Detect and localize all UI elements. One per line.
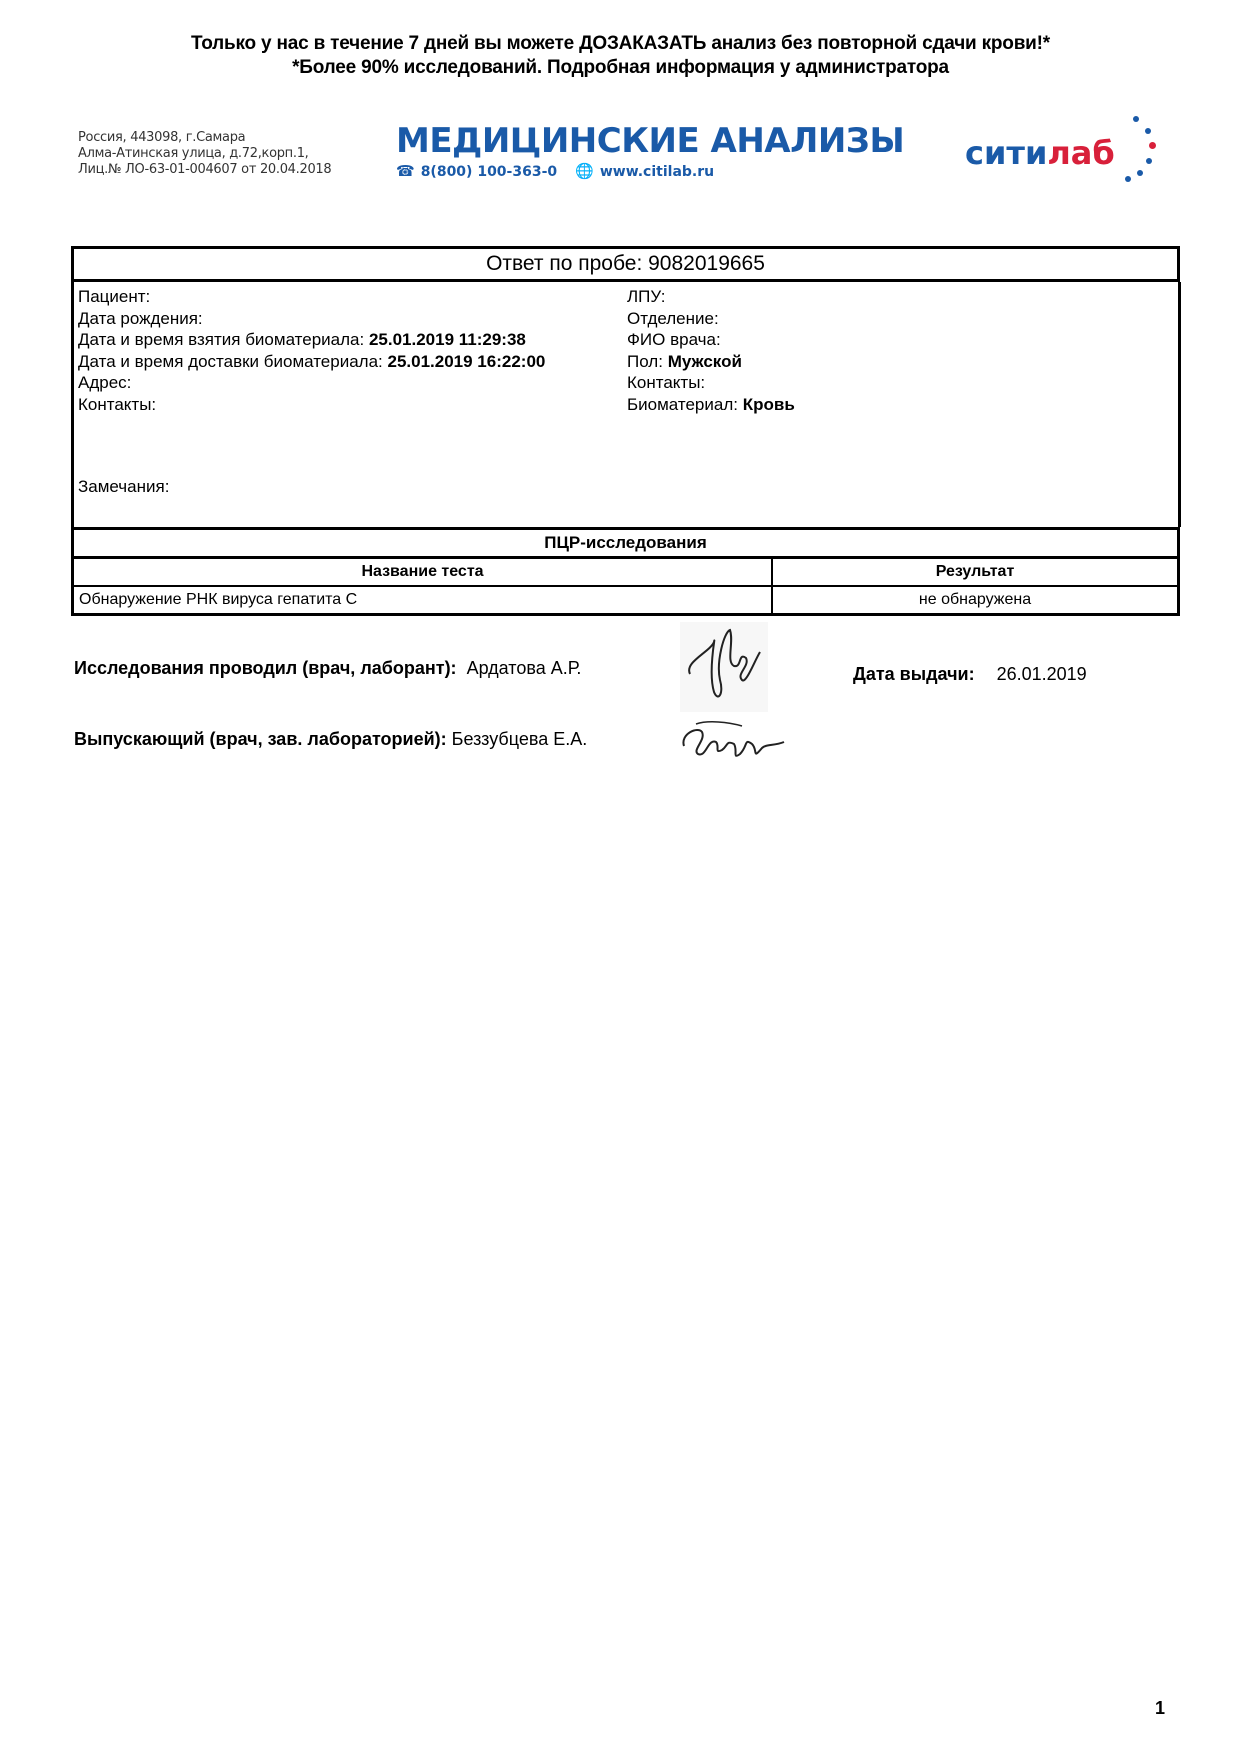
phone-icon: ☎ [396,162,415,180]
lpu-field: ЛПУ: [627,286,795,308]
logo-part-2: лаб [1047,134,1114,172]
brand-title: МЕДИЦИНСКИЕ АНАЛИЗЫ [396,122,904,160]
doctor-contacts-field: Контакты: [627,372,795,394]
delivered-value: 25.01.2019 16:22:00 [388,352,546,371]
performed-name: Ардатова А.Р. [467,658,582,678]
table-cell-result: не обнаружена [773,587,1177,613]
address-line: Россия, 443098, г.Самара [78,130,331,146]
report-title: Ответ по пробе: 9082019665 [71,246,1180,282]
phone-number: 8(800) 100-363-0 [421,164,557,180]
section-title: ПЦР-исследования [74,530,1177,559]
brand-header: МЕДИЦИНСКИЕ АНАЛИЗЫ ☎8(800) 100-363-0 🌐w… [396,122,904,180]
pcr-section: ПЦР-исследования Название теста Результа… [71,527,1180,616]
brand-contacts: ☎8(800) 100-363-0 🌐www.citilab.ru [396,162,904,180]
issue-date: Дата выдачи:26.01.2019 [853,664,1087,685]
collected-value: 25.01.2019 11:29:38 [369,330,526,349]
sex-value: Мужской [668,352,742,371]
promo-banner: Только у нас в течение 7 дней вы можете … [0,32,1241,80]
dob-field: Дата рождения: [78,308,545,330]
promo-line-1: Только у нас в течение 7 дней вы можете … [0,32,1241,56]
signature-icon [680,622,768,712]
results-table: Название теста Результат Обнаружение РНК… [74,559,1177,613]
column-header-result: Результат [773,559,1177,587]
patient-info-box: Пациент: Дата рождения: Дата и время взя… [71,282,1181,527]
signature-icon [678,716,788,766]
lab-address: Россия, 443098, г.Самара Алма-Атинская у… [78,130,331,178]
website-contact: 🌐www.citilab.ru [575,162,714,180]
issue-date-value: 26.01.2019 [997,664,1087,684]
released-label: Выпускающий (врач, зав. лабораторией): [74,729,447,749]
patient-info-right: ЛПУ: Отделение: ФИО врача: Пол: Мужской … [627,286,795,416]
biomaterial-field: Биоматериал: Кровь [627,394,795,416]
citilab-logo: ситилаб [965,118,1159,188]
released-by: Выпускающий (врач, зав. лабораторией): Б… [74,729,587,750]
contacts-field: Контакты: [78,394,545,416]
signature-image-2 [678,716,788,766]
column-header-test: Название теста [74,559,773,587]
biomaterial-value: Кровь [743,395,795,414]
released-name: Беззубцева Е.А. [452,729,588,749]
performed-by: Исследования проводил (врач, лаборант): … [74,658,581,679]
remarks-field: Замечания: [78,477,169,497]
page-number: 1 [1155,1698,1165,1719]
signature-image-1 [680,622,768,712]
logo-wordmark: ситилаб [965,134,1115,172]
address-line: Лиц.№ ЛО-63-01-004607 от 20.04.2018 [78,162,331,178]
collected-field: Дата и время взятия биоматериала: 25.01.… [78,329,545,351]
department-field: Отделение: [627,308,795,330]
phone-contact: ☎8(800) 100-363-0 [396,162,557,180]
logo-part-1: сити [965,134,1047,172]
performed-label: Исследования проводил (врач, лаборант): [74,658,457,678]
website-link: www.citilab.ru [600,164,714,180]
promo-line-2: *Более 90% исследований. Подробная инфор… [0,56,1241,80]
patient-field: Пациент: [78,286,545,308]
patient-info-left: Пациент: Дата рождения: Дата и время взя… [78,286,545,416]
delivered-field: Дата и время доставки биоматериала: 25.0… [78,351,545,373]
table-cell-test: Обнаружение РНК вируса гепатита С [74,587,773,613]
sex-field: Пол: Мужской [627,351,795,373]
doctor-field: ФИО врача: [627,329,795,351]
logo-dots-icon [1119,118,1159,188]
address-field: Адрес: [78,372,545,394]
address-line: Алма-Атинская улица, д.72,корп.1, [78,146,331,162]
globe-icon: 🌐 [575,162,594,180]
issue-label: Дата выдачи: [853,664,975,684]
